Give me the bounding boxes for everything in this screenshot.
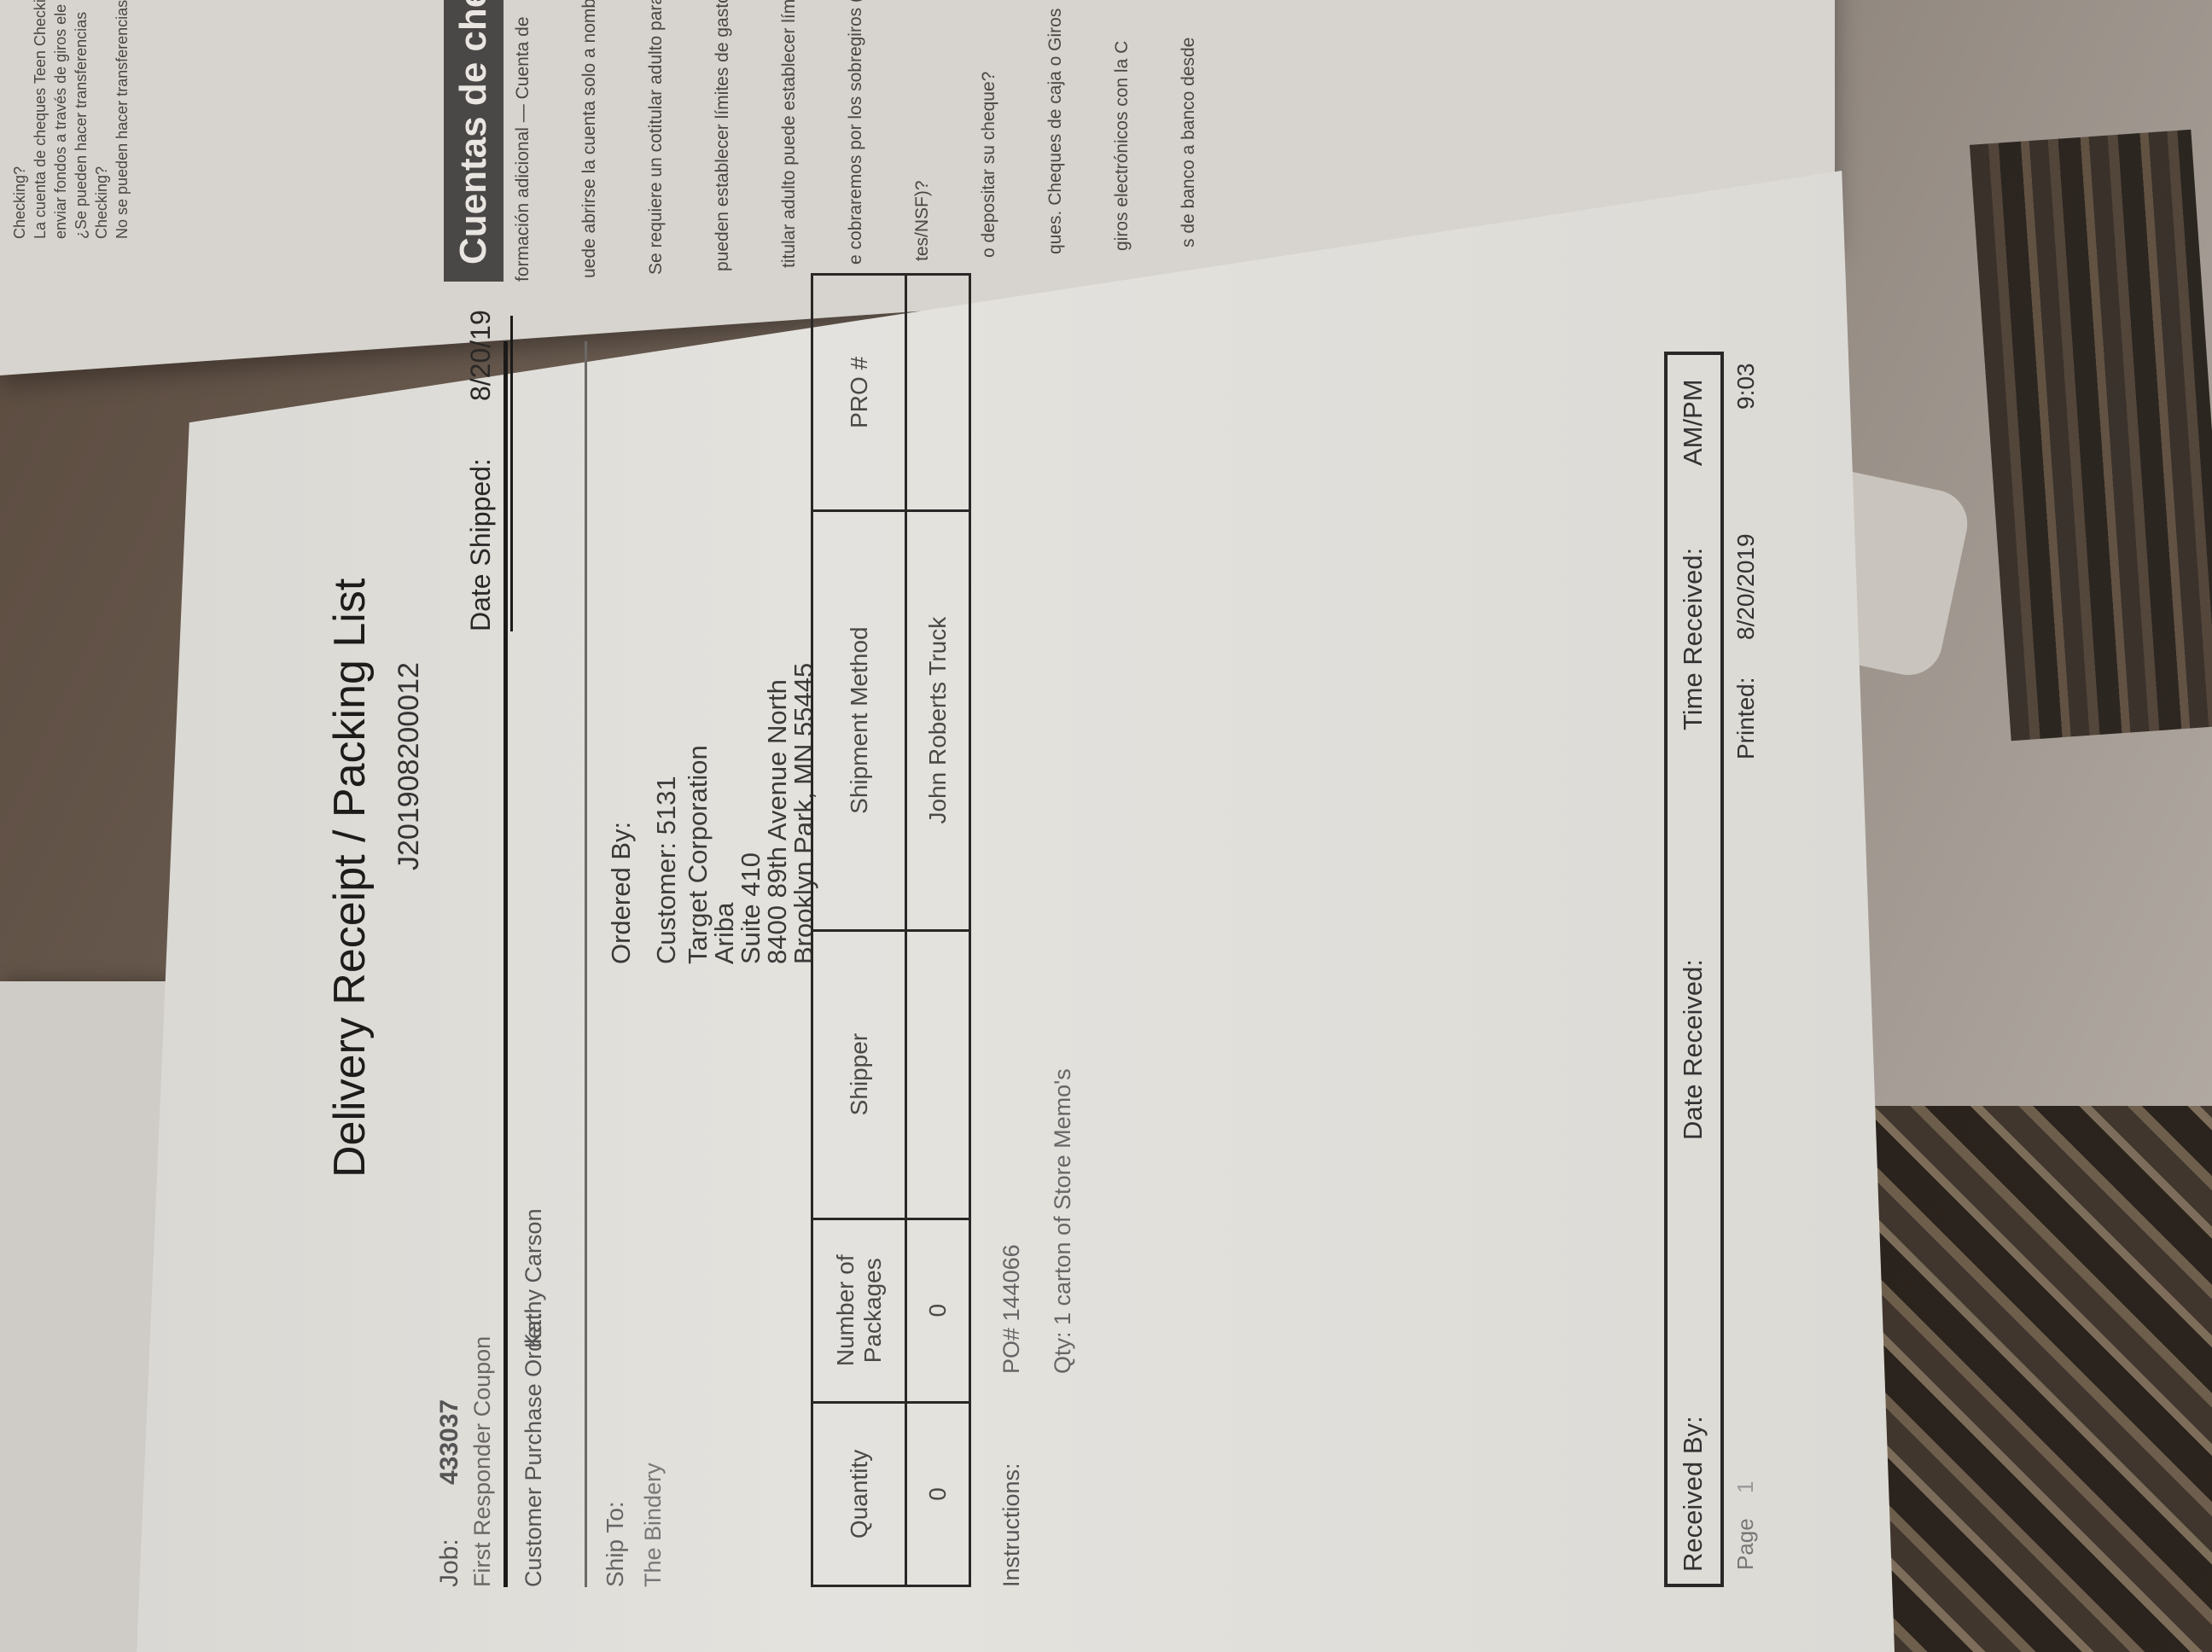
brochure-line: Checking? [90, 166, 113, 239]
table-cell: 0 [906, 1402, 970, 1585]
date-received-label: Date Received: [1678, 959, 1708, 1140]
brochure-line: enviar fondos a través de giros ele [49, 4, 72, 239]
ship-to-name: The Bindery [640, 1463, 667, 1587]
received-by-label: Received By: [1678, 1416, 1708, 1572]
receipt-signature-box: Received By: Date Received: Time Receive… [1664, 352, 1724, 1587]
shipment-table-header: QuantityNumber of PackagesShipperShipmen… [812, 275, 906, 1586]
table-row: 00John Roberts Truck [906, 275, 970, 1586]
column-header: Shipper [812, 930, 906, 1219]
job-label: Job: [435, 1539, 464, 1587]
ordered-by-line: Customer: 5131 [653, 663, 679, 964]
date-shipped-value: 8/20/19 [465, 310, 497, 401]
ship-to-label: Ship To: [602, 1501, 629, 1587]
person-leg-right [1970, 130, 2212, 741]
section-divider [585, 341, 587, 1587]
shipment-table: QuantityNumber of PackagesShipperShipmen… [811, 273, 971, 1587]
ordered-by-line: Suite 410 [737, 663, 764, 964]
document-number: J201908200012 [393, 662, 426, 870]
ordered-by-line: 8400 89th Avenue North [764, 663, 790, 964]
brochure-line: s de banco a banco desde [1178, 38, 1200, 247]
column-header: Quantity [812, 1402, 906, 1585]
instructions-qty: Qty: 1 carton of Store Memo's [1050, 1068, 1076, 1374]
brochure-line: e cobraremos por los sobregiros (I [845, 0, 867, 265]
printed-date: 8/20/2019 [1732, 533, 1760, 640]
brochure-line: tes/NSF)? [911, 180, 934, 261]
customer-po-label: Customer Purchase Order: [521, 1312, 547, 1587]
brochure-line: giros electrónicos con la C [1111, 41, 1133, 251]
brochure-heading: Cuentas de cheques [444, 0, 504, 282]
column-header: Shipment Method [812, 510, 906, 930]
table-cell [906, 275, 970, 511]
brochure-line: o depositar su cheque? [978, 72, 1000, 258]
brochure-line: formación adicional — Cuenta de [512, 16, 534, 282]
instructions-po: PO# 144066 [998, 1244, 1025, 1374]
customer-po-value: Kathy Carson [521, 1208, 547, 1348]
date-shipped-label: Date Shipped: [465, 458, 497, 631]
printed-time: 9:03 [1732, 364, 1760, 410]
header-divider [504, 341, 508, 1587]
delivery-receipt-document: Delivery Receipt / Packing List J2019082… [290, 307, 1912, 1621]
table-cell [906, 930, 970, 1219]
page-number: 1 [1732, 1481, 1759, 1493]
brochure-line: pueden establecer límites de gastos [712, 0, 734, 271]
shipment-table-body: 00John Roberts Truck [906, 275, 970, 1586]
brochure-line: uede abrirse la cuenta solo a nombre [579, 0, 601, 278]
brochure-line: titular adulto puede establecer límites [778, 0, 800, 268]
document-title: Delivery Receipt / Packing List [324, 579, 375, 1178]
column-header: Number of Packages [812, 1219, 906, 1402]
ordered-by-label: Ordered By: [606, 822, 637, 964]
instructions-label: Instructions: [998, 1463, 1025, 1587]
brochure-line: No se pueden hacer transferencias [111, 0, 133, 239]
time-received-label: Time Received: [1678, 548, 1708, 730]
column-header: PRO # [812, 275, 906, 511]
brochure-line: Se requiere un cotitular adulto para a [645, 0, 667, 275]
printed-label: Printed: [1732, 678, 1760, 760]
table-cell: 0 [906, 1219, 970, 1402]
table-cell: John Roberts Truck [906, 510, 970, 930]
ordered-by-line: Ariba [711, 663, 737, 964]
page-label: Page [1732, 1518, 1759, 1570]
ampm-label: AM/PM [1678, 379, 1708, 466]
brochure-line: La cuenta de cheques Teen Checking [29, 0, 51, 239]
brochure-line: ques. Cheques de caja o Giros [1045, 9, 1067, 254]
brochure-line: ¿Se pueden hacer transferencias [70, 12, 92, 239]
job-description: First Responder Coupon [469, 1336, 496, 1587]
ordered-by-line: Target Corporation [684, 663, 711, 964]
brochure-line: Checking? [9, 166, 31, 239]
job-value: 433037 [435, 1399, 464, 1485]
ordered-by-address: Customer: 5131Target CorporationAribaSui… [653, 663, 817, 964]
date-shipped-underline [510, 316, 513, 631]
